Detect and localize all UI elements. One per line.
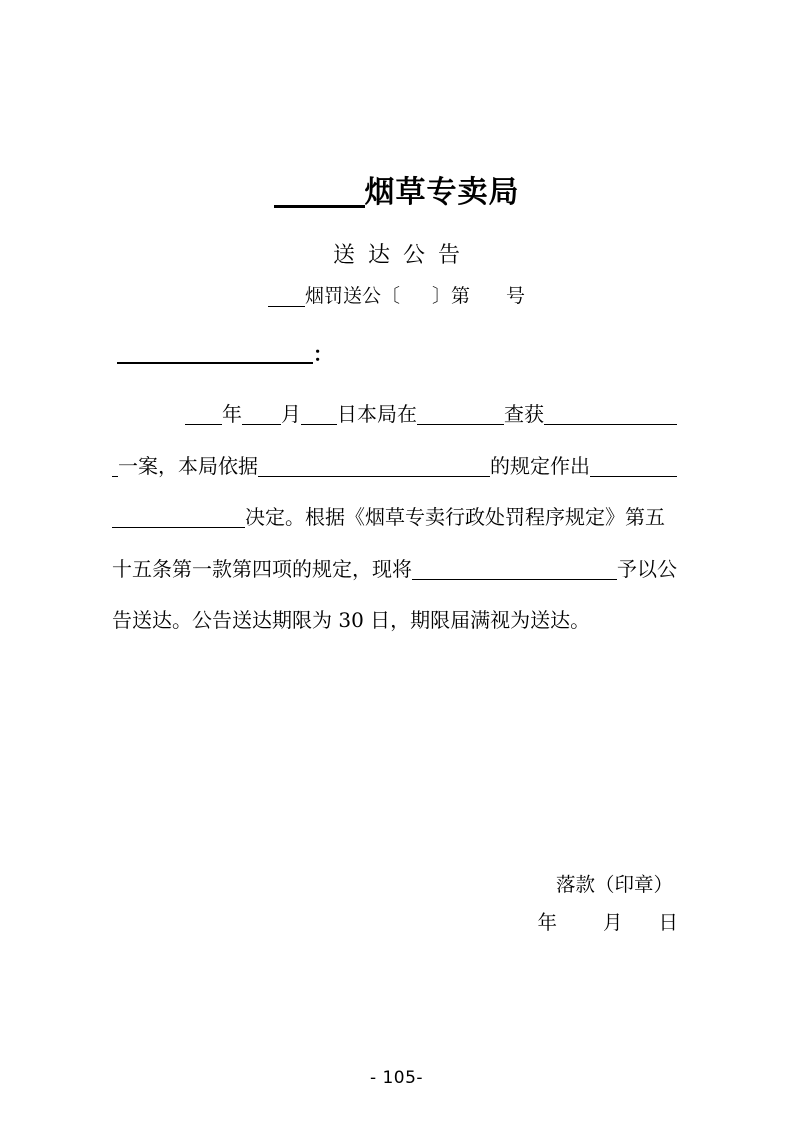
- body-line-3: 决定。根据《烟草专卖行政处罚程序规定》第五: [112, 503, 677, 529]
- doc-number-mid: 〕第: [432, 285, 470, 308]
- date-line: 年月日: [537, 911, 678, 934]
- date-day-label: 日: [658, 911, 678, 934]
- body-line-5: 告送达。公告送达期限为 30 日，期限届满视为送达。: [112, 606, 677, 632]
- blank-field: [412, 577, 617, 580]
- body-text: 一案，本局依据: [118, 455, 258, 478]
- blank-field: [112, 525, 245, 528]
- body-text: 年: [222, 403, 242, 426]
- body-line-1: 年 月 日本局在 查获: [112, 400, 677, 426]
- doc-number-suffix: 号: [506, 285, 525, 308]
- signature-block: 落款（印章） 年月日: [537, 873, 678, 935]
- addressee-line: ：: [117, 340, 333, 364]
- title-blank-field: [274, 202, 365, 208]
- blank-field: [417, 422, 504, 425]
- document-page: 烟草专卖局 送达公告 烟罚送公〔 〕第 号 ： 年 月 日本局在 查获 一案，: [0, 0, 793, 1122]
- doc-number-line: 烟罚送公〔 〕第 号: [0, 282, 793, 308]
- body-text: 查获: [504, 403, 544, 426]
- blank-field: [258, 474, 490, 477]
- date-year-label: 年: [537, 911, 557, 934]
- blank-field: [242, 422, 281, 425]
- blank-field: [268, 304, 305, 307]
- body-text: 告送达。公告送达期限为 30 日，期限届满视为送达。: [112, 609, 590, 632]
- body-line-4: 十五条第一款第四项的规定，现将 予以公: [112, 555, 677, 581]
- date-month-label: 月: [603, 911, 623, 934]
- blank-field: [544, 422, 677, 425]
- body-text: 十五条第一款第四项的规定，现将: [112, 558, 412, 581]
- body-text: 予以公: [617, 558, 677, 581]
- blank-field: [185, 422, 222, 425]
- body-text: 月: [281, 403, 301, 426]
- document-subtitle: 送达公告: [0, 238, 793, 269]
- document-title: 烟草专卖局: [365, 176, 520, 211]
- blank-field: [590, 474, 677, 477]
- addressee-blank-field: [117, 359, 313, 364]
- body-text: 的规定作出: [490, 455, 590, 478]
- doc-number-prefix: 烟罚送公〔: [305, 285, 400, 308]
- body-line-2: 一案，本局依据 的规定作出: [112, 452, 677, 478]
- page-number-footer: - 105-: [0, 1068, 793, 1088]
- body-text: 日本局在: [337, 403, 417, 426]
- document-title-row: 烟草专卖局: [0, 168, 793, 210]
- seal-line: 落款（印章）: [537, 873, 673, 896]
- body-text: 决定。根据《烟草专卖行政处罚程序规定》第五: [245, 506, 665, 529]
- addressee-colon: ：: [313, 344, 333, 364]
- blank-field: [301, 422, 337, 425]
